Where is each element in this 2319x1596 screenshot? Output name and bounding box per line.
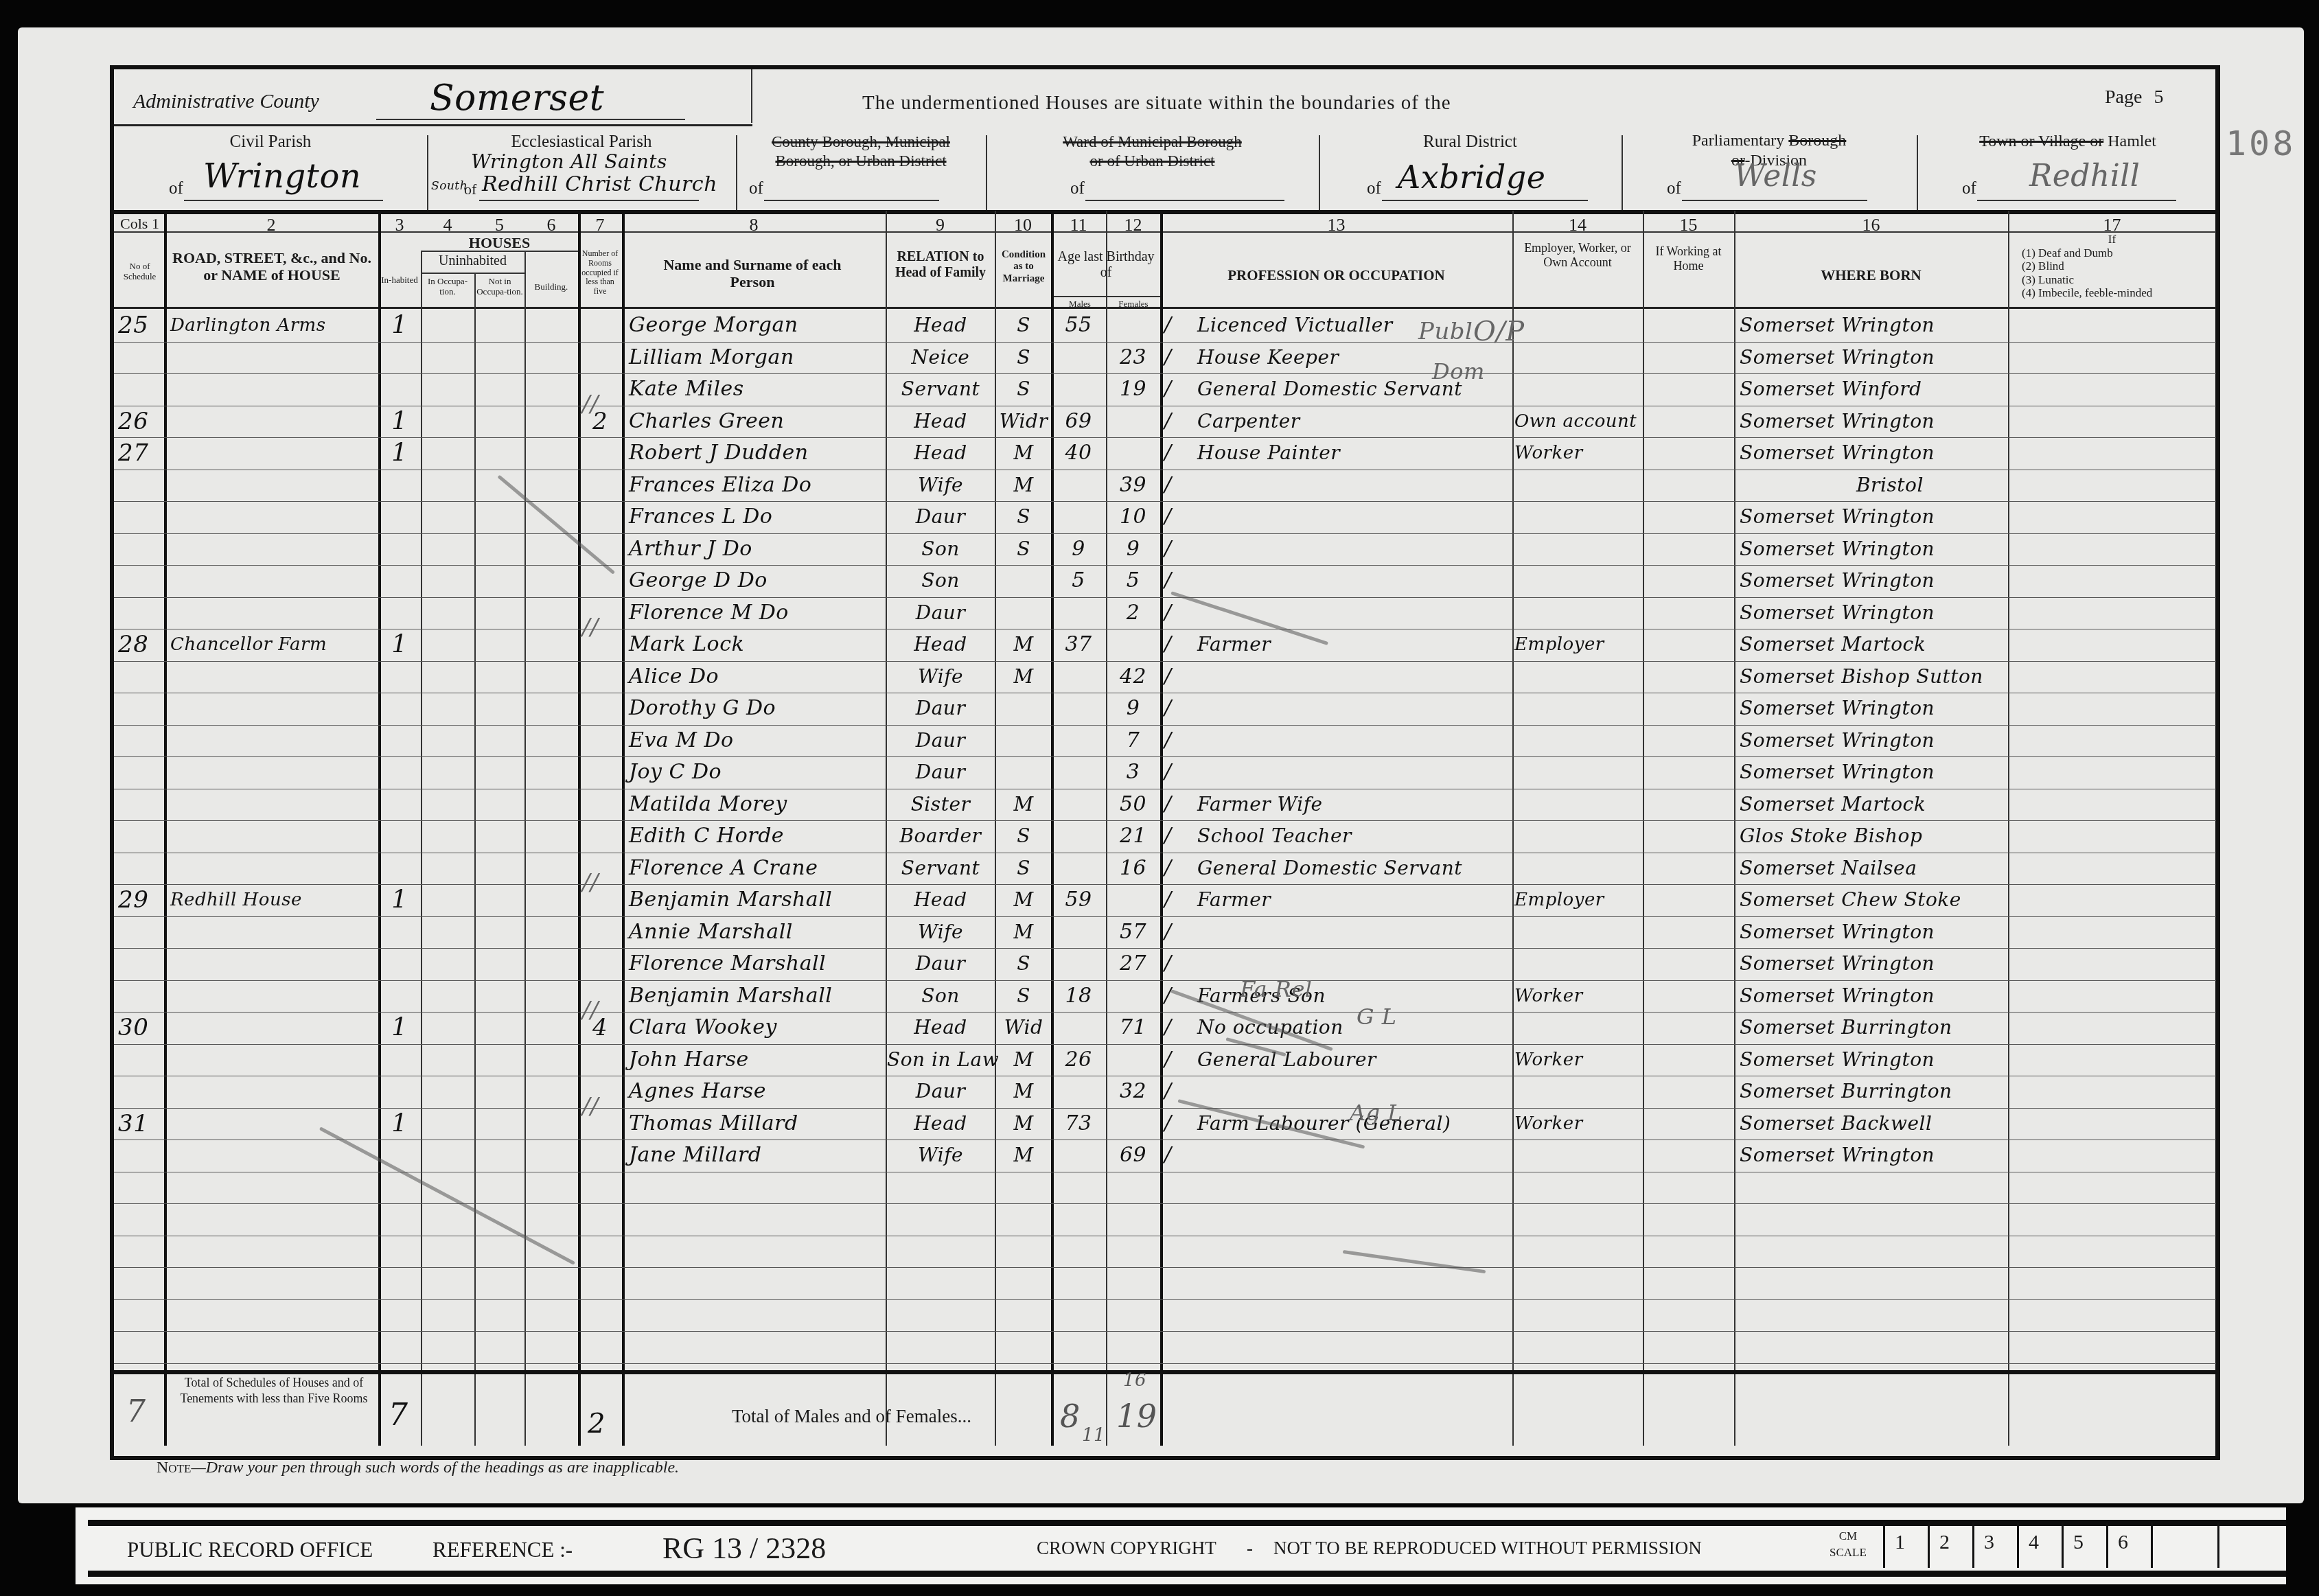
- row-divider: [114, 1267, 2216, 1268]
- cell-age-f: 21: [1106, 822, 1160, 850]
- folio-stamp: 108: [2226, 124, 2296, 163]
- footer-reference-value: RG 13 / 2328: [662, 1531, 826, 1566]
- col-head-schedule: No of Schedule: [114, 262, 165, 282]
- col-head-working-at-home: If Working at Home: [1645, 244, 1732, 273]
- row-divider: [114, 1299, 2216, 1300]
- cell-condition: M: [996, 439, 1051, 467]
- header-body-divider: [114, 307, 2216, 309]
- cell-name: Florence M Do: [629, 599, 890, 627]
- cell-name: Jane Millard: [629, 1142, 890, 1169]
- label-line: County Borough, Municipal: [736, 132, 986, 152]
- footer-bar-bottom: [88, 1571, 2286, 1577]
- intro-text: The undermentioned Houses are situate wi…: [862, 92, 1451, 115]
- row-divider: [114, 725, 2216, 726]
- cell-occupation: Farmers Son: [1178, 982, 1508, 1010]
- check-mark: /: [1164, 375, 1172, 403]
- cell-name: George D Do: [629, 567, 890, 594]
- column-divider: [1160, 211, 1163, 1446]
- col-number: 3: [378, 215, 421, 235]
- check-mark: /: [1164, 1078, 1172, 1105]
- check-mark: /: [1164, 982, 1172, 1010]
- check-mark: /: [1164, 950, 1172, 978]
- cell-born: Somerset Burrington: [1740, 1078, 2007, 1105]
- cell-schedule: 26: [118, 408, 163, 435]
- row-divider: [114, 533, 2216, 534]
- check-mark: /: [1164, 599, 1172, 627]
- cell-name: Joy C Do: [629, 759, 890, 786]
- cell-age-f: 7: [1106, 727, 1160, 754]
- col-number: 14: [1512, 215, 1643, 235]
- cell-name: Arthur J Do: [629, 535, 890, 563]
- cell-age-f: 9: [1106, 695, 1160, 722]
- cell-age-m: 73: [1051, 1110, 1106, 1137]
- totals-females-note: 16: [1123, 1370, 1146, 1391]
- row-divider: [114, 756, 2216, 757]
- cell-condition: S: [996, 822, 1051, 850]
- clerk-annotation: Publ: [1418, 318, 1473, 345]
- col-number: 12: [1106, 215, 1160, 235]
- row-divider: [114, 1076, 2216, 1076]
- cell-name: Robert J Dudden: [629, 439, 890, 467]
- row-divider: [114, 1108, 2216, 1109]
- cell-occupation: Farmer: [1178, 886, 1508, 914]
- check-mark: /: [1164, 631, 1172, 658]
- cell-condition: S: [996, 344, 1051, 371]
- label-line: Borough, or Urban District: [736, 152, 986, 171]
- cell-name: Clara Wookey: [629, 1014, 890, 1041]
- infirmity-item: (4) Imbecile, feeble-minded: [2008, 286, 2216, 300]
- cell-inhabited: 1: [378, 1110, 421, 1137]
- cell-born: Bristol: [1740, 472, 2007, 499]
- cell-born: Somerset Chew Stoke: [1740, 886, 2007, 914]
- cell-inhabited: 1: [378, 408, 421, 435]
- cell-condition: M: [996, 1046, 1051, 1074]
- page-number-value: 5: [2154, 86, 2163, 108]
- cell-relation: Boarder: [887, 822, 994, 850]
- civil-parish-value: Wrington: [203, 157, 361, 196]
- row-divider: [114, 1012, 2216, 1013]
- row-divider: [114, 1172, 2216, 1172]
- cell-born: Somerset Wrington: [1740, 567, 2007, 594]
- cell-inhabited: 1: [378, 312, 421, 339]
- scale-mark: 5: [2062, 1523, 2106, 1568]
- page-label: Page: [2105, 86, 2142, 108]
- cell-schedule: 29: [118, 886, 163, 914]
- row-divider: [114, 1044, 2216, 1045]
- clerk-annotation: Ag L: [1350, 1099, 1403, 1126]
- household-break-mark: //: [582, 614, 599, 641]
- column-divider: [622, 211, 625, 1446]
- page-number: Page 5: [2105, 86, 2163, 108]
- row-divider: [114, 789, 2216, 789]
- row-divider: [114, 565, 2216, 566]
- cell-relation: Son: [887, 535, 994, 563]
- cell-name: Benjamin Marshall: [629, 886, 890, 914]
- cell-name: Florence Marshall: [629, 950, 890, 978]
- household-break-mark: //: [582, 391, 599, 418]
- cell-relation: Head: [887, 312, 994, 339]
- cell-relation: Wife: [887, 472, 994, 499]
- cell-age-f: 69: [1106, 1142, 1160, 1169]
- footer-separator: -: [1247, 1538, 1253, 1559]
- cell-born: Somerset Martock: [1740, 791, 2007, 818]
- clerk-annotation: Dom: [1432, 358, 1485, 385]
- infirmity-item: (3) Lunatic: [2008, 273, 2216, 287]
- col-head-inhabited: In-habited: [378, 275, 421, 286]
- cell-relation: Wife: [887, 1142, 994, 1169]
- cell-relation: Head: [887, 1110, 994, 1137]
- cell-condition: S: [996, 982, 1051, 1010]
- cell-occupation: Carpenter: [1178, 408, 1508, 435]
- col-head-condition: Condition as to Marriage: [997, 249, 1050, 285]
- of-label: of: [464, 181, 476, 198]
- col-head-in-occupation: In Occupa-tion.: [424, 277, 472, 297]
- admin-county-box-right: [751, 69, 752, 123]
- cell-relation: Daur: [887, 759, 994, 786]
- row-divider: [114, 948, 2216, 949]
- column-divider: [474, 273, 476, 1446]
- cell-condition: M: [996, 1078, 1051, 1105]
- cell-name: Charles Green: [629, 408, 890, 435]
- cell-occupation: Farmer Wife: [1178, 791, 1508, 818]
- col-head-uninhabited: Uninhabited: [421, 253, 524, 269]
- cell-name: George Morgan: [629, 312, 890, 339]
- column-divider: [1051, 211, 1054, 1446]
- cell-born: Somerset Wrington: [1740, 312, 2007, 339]
- cell-condition: M: [996, 1142, 1051, 1169]
- cell-relation: Head: [887, 408, 994, 435]
- label-part: Parliamentary: [1692, 132, 1785, 150]
- cell-schedule: 30: [118, 1014, 163, 1041]
- cell-born: Somerset Wrington: [1740, 503, 2007, 531]
- cell-age-f: 3: [1106, 759, 1160, 786]
- cell-age-m: 18: [1051, 982, 1106, 1010]
- label-part: Hamlet: [2108, 132, 2156, 150]
- note-text: —Draw your pen through such words of the…: [191, 1459, 679, 1477]
- check-mark: /: [1164, 855, 1172, 882]
- cell-age-f: 5: [1106, 567, 1160, 594]
- cell-relation: Daur: [887, 695, 994, 722]
- column-divider: [164, 211, 167, 1446]
- cell-employer: Own account: [1514, 408, 1645, 435]
- cell-born: Somerset Wrington: [1740, 982, 2007, 1010]
- cell-name: John Harse: [629, 1046, 890, 1074]
- row-divider: [114, 1203, 2216, 1204]
- label-struck: Town or Village or: [1979, 132, 2103, 150]
- infirmity-item: (1) Deaf and Dumb: [2008, 246, 2216, 260]
- cell-age-m: 55: [1051, 312, 1106, 339]
- cell-relation: Daur: [887, 503, 994, 531]
- label-line: or of Urban District: [986, 152, 1319, 171]
- col-number: 11: [1051, 215, 1106, 235]
- cell-age-f: 50: [1106, 791, 1160, 818]
- col-number: 16: [1734, 215, 2008, 235]
- cell-condition: M: [996, 472, 1051, 499]
- cell-age-m: 40: [1051, 439, 1106, 467]
- cell-name: Dorothy G Do: [629, 695, 890, 722]
- scale-mark: 6: [2106, 1523, 2151, 1568]
- cell-born: Somerset Wrington: [1740, 695, 2007, 722]
- check-mark: /: [1164, 344, 1172, 371]
- cell-relation: Son in Law: [887, 1046, 994, 1074]
- cell-inhabited: 1: [378, 886, 421, 914]
- col-head-rooms: Number of Rooms occupied if less than fi…: [579, 249, 621, 297]
- row-divider: [114, 342, 2216, 343]
- admin-county-value: Somerset: [430, 78, 604, 119]
- cell-born: Glos Stoke Bishop: [1740, 822, 2007, 850]
- cell-occupation: House Painter: [1178, 439, 1508, 467]
- pencil-stroke: [319, 1126, 575, 1265]
- ecclesiastical-parish-prefix: South: [431, 179, 468, 193]
- scale-label-cm: CM: [1830, 1528, 1867, 1545]
- parliamentary-value: Wells: [1734, 159, 1817, 194]
- cell-name: Eva M Do: [629, 727, 890, 754]
- household-break-mark: //: [582, 997, 599, 1024]
- cell-age-m: 9: [1051, 535, 1106, 563]
- cell-born: Somerset Wrington: [1740, 439, 2007, 467]
- cell-condition: S: [996, 950, 1051, 978]
- cell-age-f: 71: [1106, 1014, 1160, 1041]
- cell-born: Somerset Wrington: [1740, 535, 2007, 563]
- cell-name: Florence A Crane: [629, 855, 890, 882]
- cell-age-f: 39: [1106, 472, 1160, 499]
- town-label: Town or Village or Hamlet: [1917, 132, 2219, 151]
- check-mark: /: [1164, 663, 1172, 691]
- col-head-males: Males: [1053, 299, 1107, 310]
- cell-condition: M: [996, 631, 1051, 658]
- cell-age-m: 37: [1051, 631, 1106, 658]
- col-number: 13: [1160, 215, 1512, 235]
- check-mark: /: [1164, 886, 1172, 914]
- check-mark: /: [1164, 1014, 1172, 1041]
- cell-relation: Neice: [887, 344, 994, 371]
- cell-name: Kate Miles: [629, 375, 890, 403]
- check-mark: /: [1164, 1046, 1172, 1074]
- row-divider: [114, 437, 2216, 438]
- cell-occupation: General Labourer: [1178, 1046, 1508, 1074]
- clerk-annotation: Fa Rel: [1240, 975, 1313, 1003]
- col-number: 6: [524, 215, 578, 235]
- cell-born: Somerset Nailsea: [1740, 855, 2007, 882]
- cell-relation: Son: [887, 982, 994, 1010]
- row-divider: [114, 661, 2216, 662]
- cell-employer: Worker: [1514, 439, 1645, 467]
- cell-house: Darlington Arms: [170, 312, 376, 339]
- cell-age-f: 42: [1106, 663, 1160, 691]
- check-mark: /: [1164, 503, 1172, 531]
- totals-inhabited: 7: [389, 1398, 408, 1433]
- cell-relation: Daur: [887, 727, 994, 754]
- cell-condition: M: [996, 791, 1051, 818]
- cell-name: Alice Do: [629, 663, 890, 691]
- uninhabited-divider: [421, 273, 524, 274]
- col-head-not-in-occupation: Not in Occupa-tion.: [476, 277, 524, 297]
- cell-age-f: 27: [1106, 950, 1160, 978]
- rural-district-label: Rural District: [1319, 132, 1622, 152]
- infirmity-title: If: [2008, 233, 2216, 246]
- cell-name: Frances L Do: [629, 503, 890, 531]
- check-mark: /: [1164, 1142, 1172, 1169]
- cell-name: Thomas Millard: [629, 1110, 890, 1137]
- footer-reference-label: REFERENCE :-: [432, 1538, 573, 1562]
- cell-condition: M: [996, 1110, 1051, 1137]
- check-mark: /: [1164, 567, 1172, 594]
- cell-employer: Worker: [1514, 1046, 1645, 1074]
- column-divider: [421, 251, 422, 1446]
- admin-county-label: Administrative County: [133, 90, 319, 113]
- cell-relation: Head: [887, 1014, 994, 1041]
- cell-relation: Servant: [887, 375, 994, 403]
- cell-born: Somerset Wrington: [1740, 918, 2007, 946]
- cell-condition: Wid: [996, 1014, 1051, 1041]
- cell-occupation: School Teacher: [1178, 822, 1508, 850]
- cell-born: Somerset Wrington: [1740, 759, 2007, 786]
- of-label: of: [1962, 179, 1976, 198]
- ecclesiastical-parish-label: Ecclesiastical Parish: [427, 132, 736, 152]
- admin-county-underline: [376, 119, 685, 120]
- cell-employer: Employer: [1514, 631, 1645, 658]
- totals-females: 19: [1116, 1398, 1157, 1435]
- of-label: of: [1667, 179, 1681, 198]
- cell-relation: Head: [887, 439, 994, 467]
- cell-born: Somerset Wrington: [1740, 408, 2007, 435]
- cell-condition: M: [996, 663, 1051, 691]
- scale-label: CM SCALE: [1830, 1528, 1867, 1561]
- cell-born: Somerset Wrington: [1740, 1046, 2007, 1074]
- cell-occupation: General Domestic Servant: [1178, 855, 1508, 882]
- ward-label: Ward of Municipal Borough or of Urban Di…: [986, 132, 1319, 170]
- cell-age-f: 23: [1106, 344, 1160, 371]
- check-mark: /: [1164, 695, 1172, 722]
- cell-age-f: 2: [1106, 599, 1160, 627]
- cell-born: Somerset Winford: [1740, 375, 2007, 403]
- col-number: 4: [421, 215, 474, 235]
- check-mark: /: [1164, 472, 1172, 499]
- of-label: of: [1070, 179, 1085, 198]
- cell-age-f: 32: [1106, 1078, 1160, 1105]
- cell-age-f: 10: [1106, 503, 1160, 531]
- cell-name: Mark Lock: [629, 631, 890, 658]
- check-mark: /: [1164, 918, 1172, 946]
- cell-condition: S: [996, 375, 1051, 403]
- row-divider: [114, 820, 2216, 821]
- cell-inhabited: 1: [378, 439, 421, 467]
- instruction-note: Note—Draw your pen through such words of…: [157, 1459, 679, 1477]
- row-divider: [114, 1331, 2216, 1332]
- cell-occupation: Farmer: [1178, 631, 1508, 658]
- underline: [184, 200, 383, 201]
- clerk-annotation: G L: [1357, 1003, 1396, 1030]
- row-divider: [114, 629, 2216, 629]
- col-head-where-born: WHERE BORN: [1734, 267, 2008, 284]
- cell-relation: Wife: [887, 663, 994, 691]
- col-head-occupation: PROFESSION OR OCCUPATION: [1160, 267, 1512, 284]
- col-number: 5: [474, 215, 524, 235]
- cell-inhabited: 1: [378, 631, 421, 658]
- cell-age-m: 26: [1051, 1046, 1106, 1074]
- cell-house: Chancellor Farm: [170, 631, 376, 658]
- cell-born: Somerset Burrington: [1740, 1014, 2007, 1041]
- admin-county-box-bottom: [114, 124, 752, 126]
- cell-employer: Worker: [1514, 1110, 1645, 1137]
- column-divider: [2008, 211, 2009, 1446]
- cell-name: Agnes Harse: [629, 1078, 890, 1105]
- col-number: 7: [578, 215, 622, 235]
- cell-relation: Head: [887, 886, 994, 914]
- underline: [1382, 200, 1588, 201]
- row-divider: [114, 1363, 2216, 1364]
- cell-name: Edith C Horde: [629, 822, 890, 850]
- infirmity-item: (2) Blind: [2008, 259, 2216, 273]
- cell-condition: S: [996, 312, 1051, 339]
- column-divider: [1734, 211, 1735, 1446]
- cell-born: Somerset Wrington: [1740, 1142, 2007, 1169]
- rural-district-value: Axbridge: [1398, 159, 1545, 196]
- ecclesiastical-parish-value-2: Redhill Christ Church: [482, 172, 717, 196]
- cell-age-m: 69: [1051, 408, 1106, 435]
- check-mark: /: [1164, 1110, 1172, 1137]
- row-divider: [114, 501, 2216, 502]
- cell-relation: Servant: [887, 855, 994, 882]
- column-divider: [1512, 211, 1514, 1446]
- cell-age-f: 57: [1106, 918, 1160, 946]
- col-number: 8: [622, 215, 886, 235]
- cell-condition: M: [996, 886, 1051, 914]
- cell-schedule: 27: [118, 439, 163, 467]
- totals-schedules-label: Total of Schedules of Houses and of Tene…: [174, 1375, 373, 1406]
- cell-name: Annie Marshall: [629, 918, 890, 946]
- row-divider: [114, 470, 2216, 470]
- row-divider: [114, 980, 2216, 981]
- col-head-building: Building.: [524, 282, 578, 292]
- cell-age-f: 9: [1106, 535, 1160, 563]
- cell-born: Somerset Bishop Sutton: [1740, 663, 2007, 691]
- cell-born: Somerset Wrington: [1740, 727, 2007, 754]
- check-mark: /: [1164, 822, 1172, 850]
- cell-relation: Son: [887, 567, 994, 594]
- label-line: Ward of Municipal Borough: [986, 132, 1319, 152]
- cell-condition: S: [996, 855, 1051, 882]
- column-divider: [578, 211, 581, 1446]
- cell-relation: Daur: [887, 950, 994, 978]
- household-break-mark: //: [582, 869, 599, 897]
- footer-permission: NOT TO BE REPRODUCED WITHOUT PERMISSION: [1273, 1538, 1702, 1559]
- row-divider: [114, 853, 2216, 853]
- ecclesiastical-parish-value-1: Wrington All Saints: [471, 150, 667, 173]
- totals-rooms: 2: [588, 1408, 605, 1439]
- label-struck: Borough: [1788, 132, 1846, 150]
- col-number: Cols 1: [114, 215, 165, 233]
- scale-mark: 1: [1883, 1523, 1928, 1568]
- col-head-relation: RELATION to Head of Family: [890, 249, 991, 281]
- row-divider: [114, 1140, 2216, 1140]
- clerk-annotation: O/P: [1473, 318, 1525, 345]
- col-number: 15: [1643, 215, 1734, 235]
- cell-born: Somerset Wrington: [1740, 344, 2007, 371]
- cell-inhabited: 1: [378, 1014, 421, 1041]
- cell-schedule: 31: [118, 1110, 163, 1137]
- col-head-name: Name and Surname of each Person: [649, 256, 855, 291]
- cell-schedule: 25: [118, 312, 163, 339]
- cell-relation: Wife: [887, 918, 994, 946]
- cell-condition: Widr: [996, 408, 1051, 435]
- underline: [1085, 200, 1284, 201]
- cell-born: Somerset Wrington: [1740, 950, 2007, 978]
- check-mark: /: [1164, 727, 1172, 754]
- county-borough-label: County Borough, Municipal Borough, or Ur…: [736, 132, 986, 170]
- cell-born: Somerset Backwell: [1740, 1110, 2007, 1137]
- row-divider: [114, 597, 2216, 598]
